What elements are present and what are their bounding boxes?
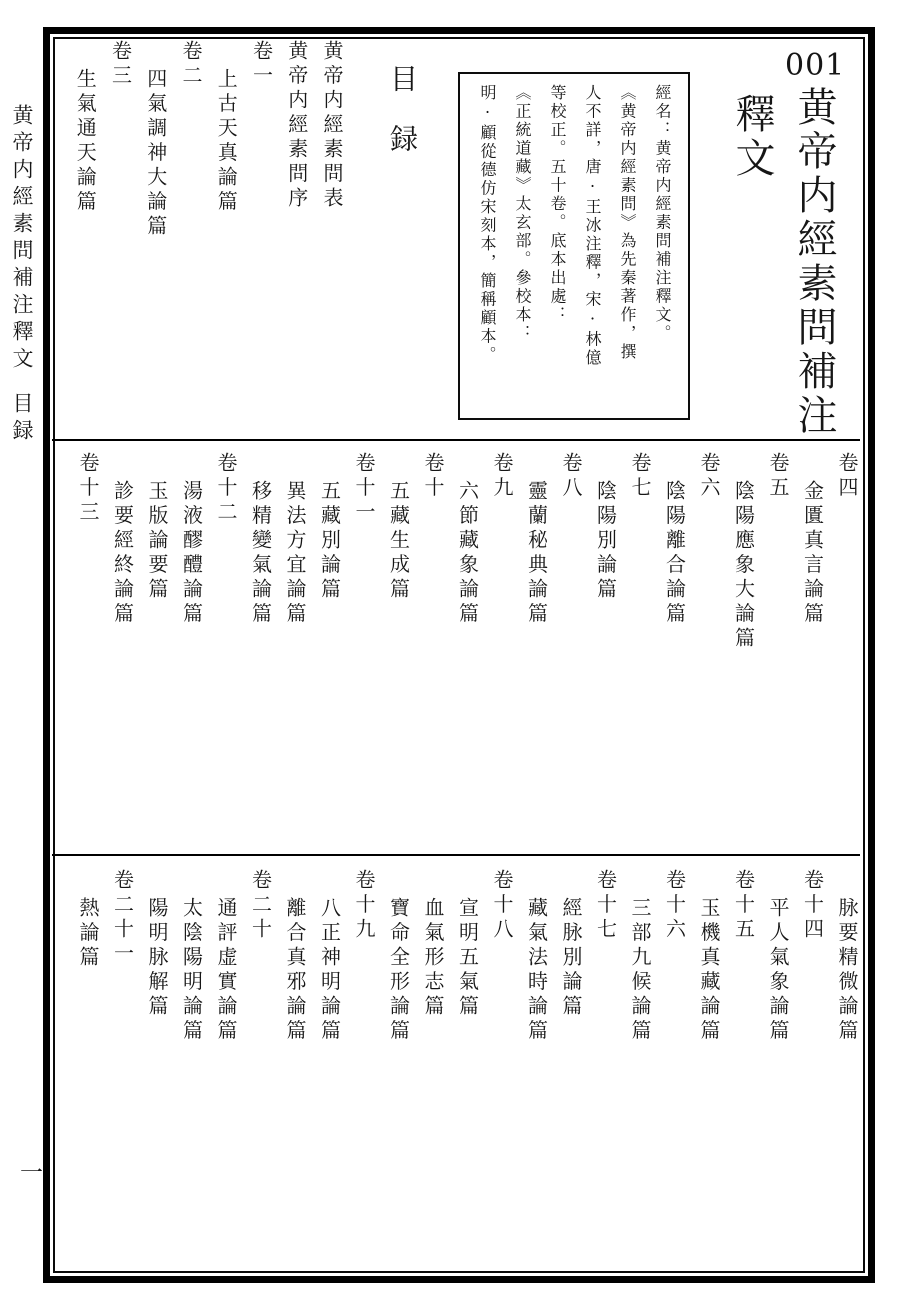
toc-entry: 卷十八 (485, 869, 520, 1274)
spine-title-text: 黄帝内經素問補注釋文 (10, 104, 34, 374)
toc-entry: 玉機真藏論篇 (692, 869, 727, 1274)
toc-entry: 玉版論要篇 (140, 452, 175, 850)
toc-entry: 卷十三 (71, 452, 106, 850)
toc-entry: 異法方宜論篇 (278, 452, 313, 850)
toc-entry: 宣明五氣篇 (450, 869, 485, 1274)
toc-entry: 卷十五 (726, 869, 761, 1274)
toc-entry: 通評虚實論篇 (209, 869, 244, 1274)
toc-entry: 五藏生成篇 (381, 452, 416, 850)
toc-section-3: 脉要精微論篇卷十四平人氣象論篇卷十五玉機真藏論篇卷十六三部九候論篇卷十七經脉別論… (69, 869, 864, 1274)
toc-entry: 診要經終論篇 (105, 452, 140, 850)
toc-entry: 四氣調神大論篇 (138, 40, 173, 436)
toc-entry: 八正神明論篇 (312, 869, 347, 1274)
toc-entry: 三部九候論篇 (623, 869, 658, 1274)
colophon-line: 《黄帝内經素問》為先秦著作，撰 (610, 84, 645, 408)
colophon-line: 明·顧從德仿宋刻本，簡稱顧本。 (470, 84, 505, 408)
toc-entry: 熱論篇 (71, 869, 106, 1274)
page-number: 001 (785, 48, 845, 83)
toc-entry: 平人氣象論篇 (761, 869, 796, 1274)
toc-section-2: 卷四金匱真言論篇卷五陰陽應象大論篇卷六陰陽離合論篇卷七陰陽別論篇卷八靈蘭秘典論篇… (69, 452, 864, 850)
toc-entry: 靈蘭秘典論篇 (519, 452, 554, 850)
colophon-box: 經名：黄帝内經素問補注釋文。《黄帝内經素問》為先秦著作，撰人不詳，唐·王冰注釋，… (458, 72, 690, 420)
toc-entry: 卷一 (243, 40, 278, 436)
toc-entry: 卷二十一 (105, 869, 140, 1274)
toc-entry: 金匱真言論篇 (795, 452, 830, 850)
toc-entry: 上古天真論篇 (208, 40, 243, 436)
toc-entry: 卷二 (173, 40, 208, 436)
toc-entry: 陰陽別論篇 (588, 452, 623, 850)
toc-entry: 卷二十 (243, 869, 278, 1274)
toc-entry: 經脉別論篇 (554, 869, 589, 1274)
section-divider-1 (52, 439, 860, 441)
toc-entry: 移精變氣論篇 (243, 452, 278, 850)
toc-entry: 湯液醪醴論篇 (174, 452, 209, 850)
scanned-page: 黄帝内經素問補注釋文目録 一 001 黄帝内經素問補注 釋文 經名：黄帝内經素問… (0, 0, 900, 1300)
toc-entry: 血氣形志篇 (416, 869, 451, 1274)
toc-entry: 藏氣法時論篇 (519, 869, 554, 1274)
book-title-main: 黄帝内經素問補注 (790, 86, 838, 438)
toc-entry: 卷十一 (347, 452, 382, 850)
toc-entry: 脉要精微論篇 (830, 869, 865, 1274)
toc-entry: 卷七 (623, 452, 658, 850)
toc-entry: 卷五 (761, 452, 796, 850)
toc-section-1: 黄帝内經素問表黄帝内經素問序卷一上古天真論篇卷二四氣調神大論篇卷三生氣通天論篇 (67, 40, 349, 436)
toc-entry: 卷十九 (347, 869, 382, 1274)
toc-entry: 卷十七 (588, 869, 623, 1274)
toc-entry: 太陰陽明論篇 (174, 869, 209, 1274)
toc-heading: 目録 (380, 64, 424, 184)
colophon-line: 經名：黄帝内經素問補注釋文。 (645, 84, 680, 408)
toc-entry: 卷十四 (795, 869, 830, 1274)
section-divider-2 (52, 854, 860, 856)
toc-entry: 卷三 (102, 40, 137, 436)
spine-section-label: 目録 (10, 392, 34, 446)
toc-entry: 黄帝内經素問序 (279, 40, 314, 436)
toc-entry: 卷九 (485, 452, 520, 850)
book-title-sub: 釋文 (728, 93, 776, 181)
toc-entry: 卷六 (692, 452, 727, 850)
toc-entry: 離合真邪論篇 (278, 869, 313, 1274)
toc-entry: 五藏別論篇 (312, 452, 347, 850)
toc-entry: 卷八 (554, 452, 589, 850)
toc-entry: 陰陽離合論篇 (657, 452, 692, 850)
colophon-line: 等校正。五十卷。底本出處： (540, 84, 575, 408)
toc-entry: 寶命全形論篇 (381, 869, 416, 1274)
toc-entry: 六節藏象論篇 (450, 452, 485, 850)
toc-entry: 卷十 (416, 452, 451, 850)
toc-entry: 黄帝内經素問表 (314, 40, 349, 436)
toc-entry: 生氣通天論篇 (67, 40, 102, 436)
toc-entry: 陰陽應象大論篇 (726, 452, 761, 850)
toc-entry: 卷十二 (209, 452, 244, 850)
toc-entry: 陽明脉解篇 (140, 869, 175, 1274)
spine-book-title: 黄帝内經素問補注釋文目録 (7, 104, 37, 1154)
colophon-line: 《正統道藏》太玄部。參校本： (505, 84, 540, 408)
toc-entry: 卷十六 (657, 869, 692, 1274)
folio-number: 一 (13, 1160, 46, 1183)
colophon-line: 人不詳，唐·王冰注釋，宋·林億 (575, 84, 610, 408)
toc-entry: 卷四 (830, 452, 865, 850)
